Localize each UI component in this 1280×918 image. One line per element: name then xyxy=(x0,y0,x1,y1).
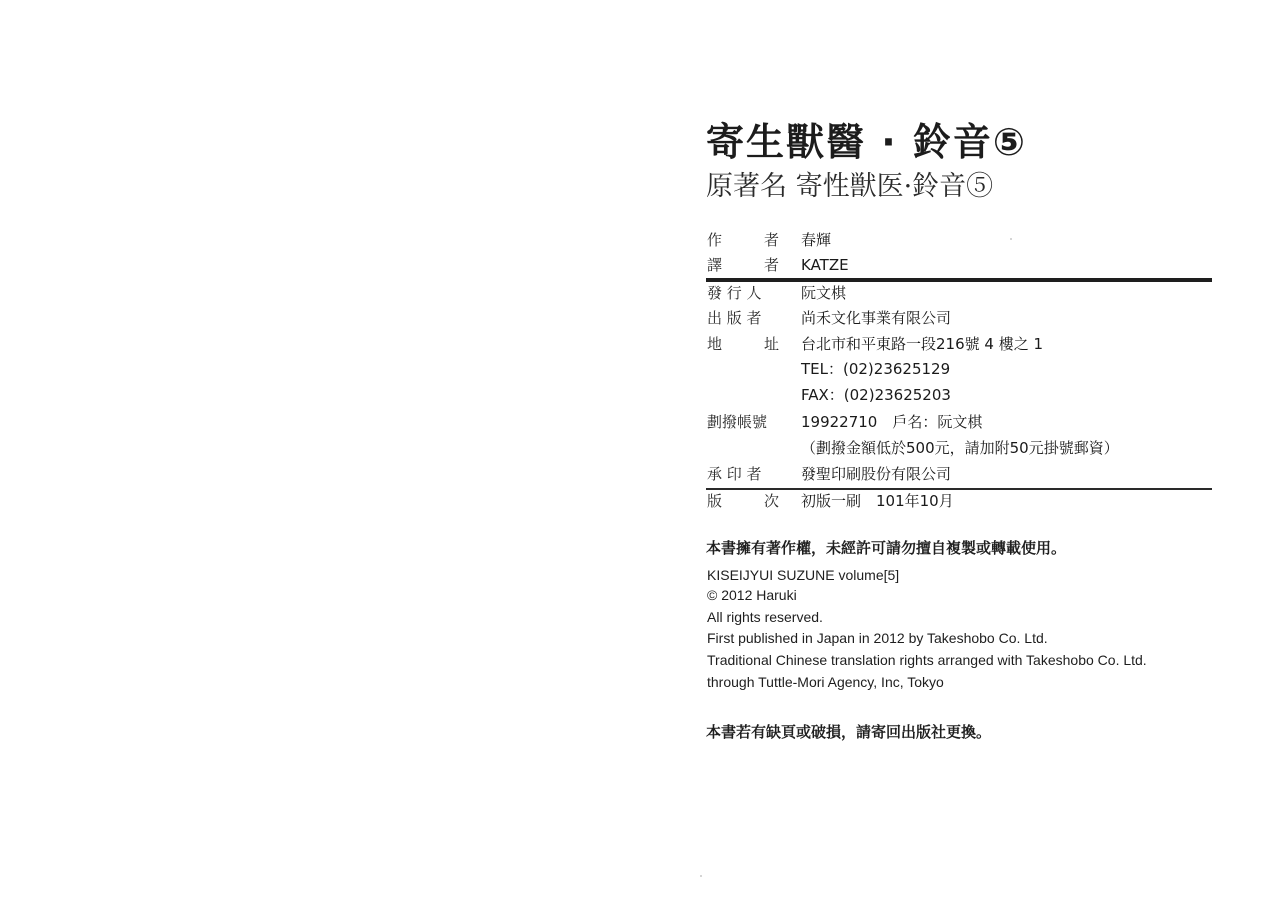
replacement-notice: 本書若有缺頁或破損，請寄回出版社更換。 xyxy=(706,721,991,743)
book-spread: 寄生獸醫 · 鈴音⑤ 原著名 寄性獣医·鈴音⑤ 作者春輝 譯者KATZE 發 行… xyxy=(0,0,1280,918)
credit-row-publisher: 出 版 者尚禾文化事業有限公司 xyxy=(707,307,951,329)
credit-row-tel: TEL：(02)23625129 xyxy=(801,358,950,380)
credit-value: KATZE xyxy=(801,254,849,276)
credit-value: 尚禾文化事業有限公司 xyxy=(801,307,951,329)
book-title: 寄生獸醫 · 鈴音⑤ xyxy=(706,120,1027,164)
credit-row-author: 作者春輝 xyxy=(707,229,831,251)
credit-row-fax: FAX：(02)23625203 xyxy=(801,384,951,406)
fax-value: FAX：(02)23625203 xyxy=(801,384,951,406)
copyright-notice: 本書擁有著作權，未經許可請勿擅自複製或轉載使用。 xyxy=(706,537,1066,559)
credit-value: 發聖印刷股份有限公司 xyxy=(801,463,951,485)
english-credit-line: All rights reserved. xyxy=(707,607,823,627)
credit-row-giro-note: （劃撥金額低於500元，請加附50元掛號郵資） xyxy=(801,437,1119,459)
english-credit-line: First published in Japan in 2012 by Take… xyxy=(707,628,1048,648)
left-page-blank xyxy=(0,0,640,918)
original-title: 原著名 寄性獣医·鈴音⑤ xyxy=(706,170,993,204)
credit-label: 譯者 xyxy=(707,254,801,276)
credit-value: 19922710 戶名：阮文棋 xyxy=(801,411,982,433)
english-credit-line: © 2012 Haruki xyxy=(707,585,797,605)
credit-value: 阮文棋 xyxy=(801,282,846,304)
credit-row-edition: 版次初版一刷 101年10月 xyxy=(707,490,954,512)
credit-label: 承 印 者 xyxy=(707,463,801,485)
credit-label: 出 版 者 xyxy=(707,307,801,329)
credit-label: 劃撥帳號 xyxy=(707,411,801,433)
credit-row-printer: 承 印 者發聖印刷股份有限公司 xyxy=(707,463,951,485)
credit-label: 版次 xyxy=(707,490,801,512)
giro-note: （劃撥金額低於500元，請加附50元掛號郵資） xyxy=(801,437,1119,459)
english-credit-line: KISEIJYUI SUZUNE volume[5] xyxy=(707,565,899,585)
english-credit-line: through Tuttle-Mori Agency, Inc, Tokyo xyxy=(707,672,944,692)
credit-value: 初版一刷 101年10月 xyxy=(801,490,954,512)
credit-label: 發 行 人 xyxy=(707,282,801,304)
credit-row-giro: 劃撥帳號19922710 戶名：阮文棋 xyxy=(707,411,982,433)
scan-speck xyxy=(700,875,702,877)
credit-row-translator: 譯者KATZE xyxy=(707,254,849,276)
tel-value: TEL：(02)23625129 xyxy=(801,358,950,380)
credit-value: 春輝 xyxy=(801,229,831,251)
credit-row-publisher-person: 發 行 人阮文棋 xyxy=(707,282,846,304)
credit-value: 台北市和平東路一段216號 4 樓之 1 xyxy=(801,333,1043,355)
english-credit-line: Traditional Chinese translation rights a… xyxy=(707,650,1147,670)
credit-label: 作者 xyxy=(707,229,801,251)
credit-label: 地址 xyxy=(707,333,801,355)
credit-row-address: 地址台北市和平東路一段216號 4 樓之 1 xyxy=(707,333,1043,355)
scan-speck xyxy=(1010,238,1012,240)
